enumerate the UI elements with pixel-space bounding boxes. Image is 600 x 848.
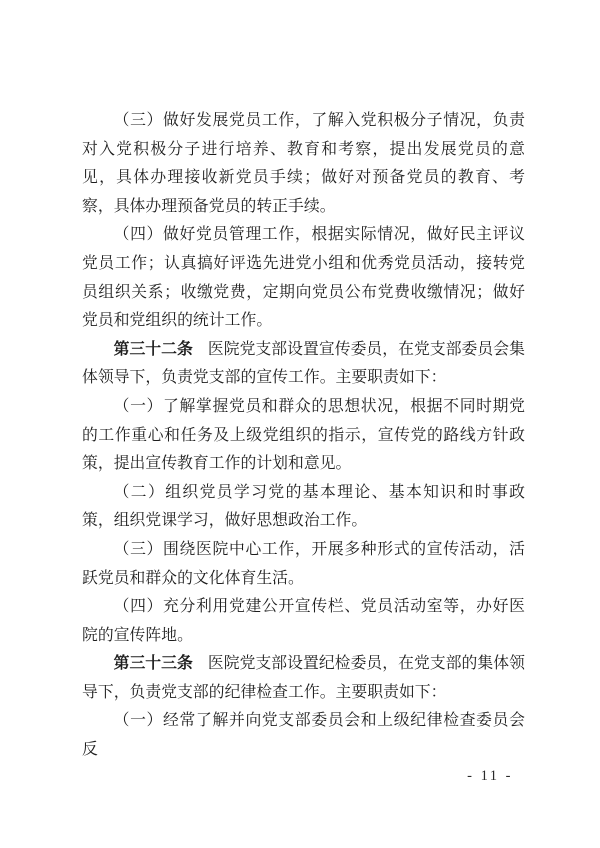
clause-paragraph: （四）做好党员管理工作，根据实际情况，做好民主评议党员工作；认真搞好评选先进党小… [82, 221, 525, 335]
page-number: - 11 - [467, 768, 513, 785]
article-paragraph: 第三十三条医院党支部设置纪检委员，在党支部的集体领导下，负责党支部的纪律检查工作… [82, 650, 525, 707]
clause-paragraph: （二）组织党员学习党的基本理论、基本知识和时事政策，组织党课学习，做好思想政治工… [82, 479, 525, 536]
article-number: 第三十三条 [114, 655, 193, 672]
clause-paragraph: （三）围绕医院中心工作，开展多种形式的宣传活动，活跃党员和群众的文化体育生活。 [82, 536, 525, 593]
clause-paragraph: （一）了解掌握党员和群众的思想状况，根据不同时期党的工作重心和任务及上级党组织的… [82, 393, 525, 479]
article-paragraph: 第三十二条医院党支部设置宣传委员，在党支部委员会集体领导下，负责党支部的宣传工作… [82, 336, 525, 393]
document-page: （三）做好发展党员工作，了解入党积极分子情况，负责对入党积极分子进行培养、教育和… [0, 0, 600, 848]
article-number: 第三十二条 [114, 341, 193, 358]
clause-paragraph: （三）做好发展党员工作，了解入党积极分子情况，负责对入党积极分子进行培养、教育和… [82, 107, 525, 221]
clause-paragraph: （一）经常了解并向党支部委员会和上级纪律检查委员会反 [82, 707, 525, 764]
clause-paragraph: （四）充分利用党建公开宣传栏、党员活动室等，办好医院的宣传阵地。 [82, 593, 525, 650]
document-body: （三）做好发展党员工作，了解入党积极分子情况，负责对入党积极分子进行培养、教育和… [82, 107, 525, 765]
